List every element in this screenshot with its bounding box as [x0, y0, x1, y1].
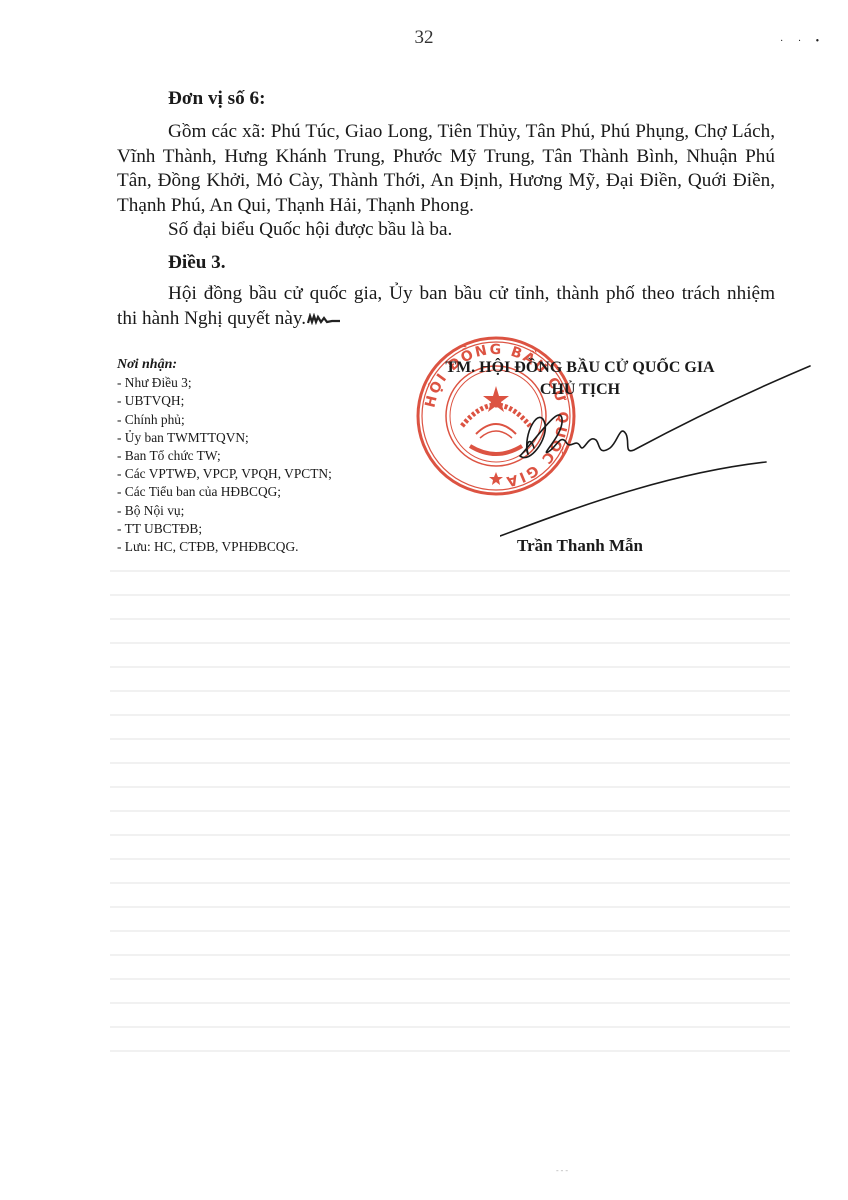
scan-artifact: - - - — [556, 1166, 568, 1175]
unit-description-line: Thạnh Phú, An Qui, Thạnh Hải, Thạnh Phon… — [117, 194, 775, 219]
reverse-side-bleed-through — [110, 570, 790, 1110]
recipient-item: - Bộ Nội vụ; — [117, 502, 332, 520]
article-body: Hội đồng bầu cử quốc gia, Ủy ban bầu cử … — [117, 282, 775, 331]
recipient-item: - Ban Tổ chức TW; — [117, 447, 332, 465]
recipients-list: Nơi nhận: - Như Điều 3; - UBTVQH; - Chín… — [117, 356, 332, 556]
unit-description-line: Tân, Đồng Khởi, Mỏ Cày, Thành Thới, An Đ… — [117, 169, 775, 194]
page-number: 32 — [0, 27, 848, 49]
initials-mark-icon — [306, 313, 342, 325]
article-heading: Điều 3. — [117, 251, 775, 276]
recipient-item: - UBTVQH; — [117, 392, 332, 410]
delegate-count: Số đại biểu Quốc hội được bầu là ba. — [117, 218, 775, 243]
unit-heading: Đơn vị số 6: — [117, 87, 775, 112]
unit-description-line: Vĩnh Thành, Hưng Khánh Trung, Phước Mỹ T… — [117, 145, 775, 170]
recipients-title: Nơi nhận: — [117, 356, 332, 374]
article-line-2-text: thi hành Nghị quyết này. — [117, 308, 306, 329]
article-line-1: Hội đồng bầu cử quốc gia, Ủy ban bầu cử … — [117, 282, 775, 307]
recipient-item: - Lưu: HC, CTĐB, VPHĐBCQG. — [117, 538, 332, 556]
unit-description: Gồm các xã: Phú Túc, Giao Long, Tiên Thủ… — [117, 120, 775, 218]
recipient-item: - TT UBCTĐB; — [117, 520, 332, 538]
scan-specks: · · • — [780, 36, 825, 47]
article-line-2: thi hành Nghị quyết này. — [117, 307, 775, 332]
recipient-item: - Ủy ban TWMTTQVN; — [117, 429, 332, 447]
unit-description-lead: Gồm các xã: Phú Túc, Giao Long, Tiên Thủ… — [117, 120, 775, 145]
recipient-item: - Chính phủ; — [117, 411, 332, 429]
handwritten-signature-icon — [500, 364, 820, 544]
recipient-item: - Các Tiểu ban của HĐBCQG; — [117, 483, 332, 501]
recipient-item: - Các VPTWĐ, VPCP, VPQH, VPCTN; — [117, 465, 332, 483]
recipient-item: - Như Điều 3; — [117, 374, 332, 392]
